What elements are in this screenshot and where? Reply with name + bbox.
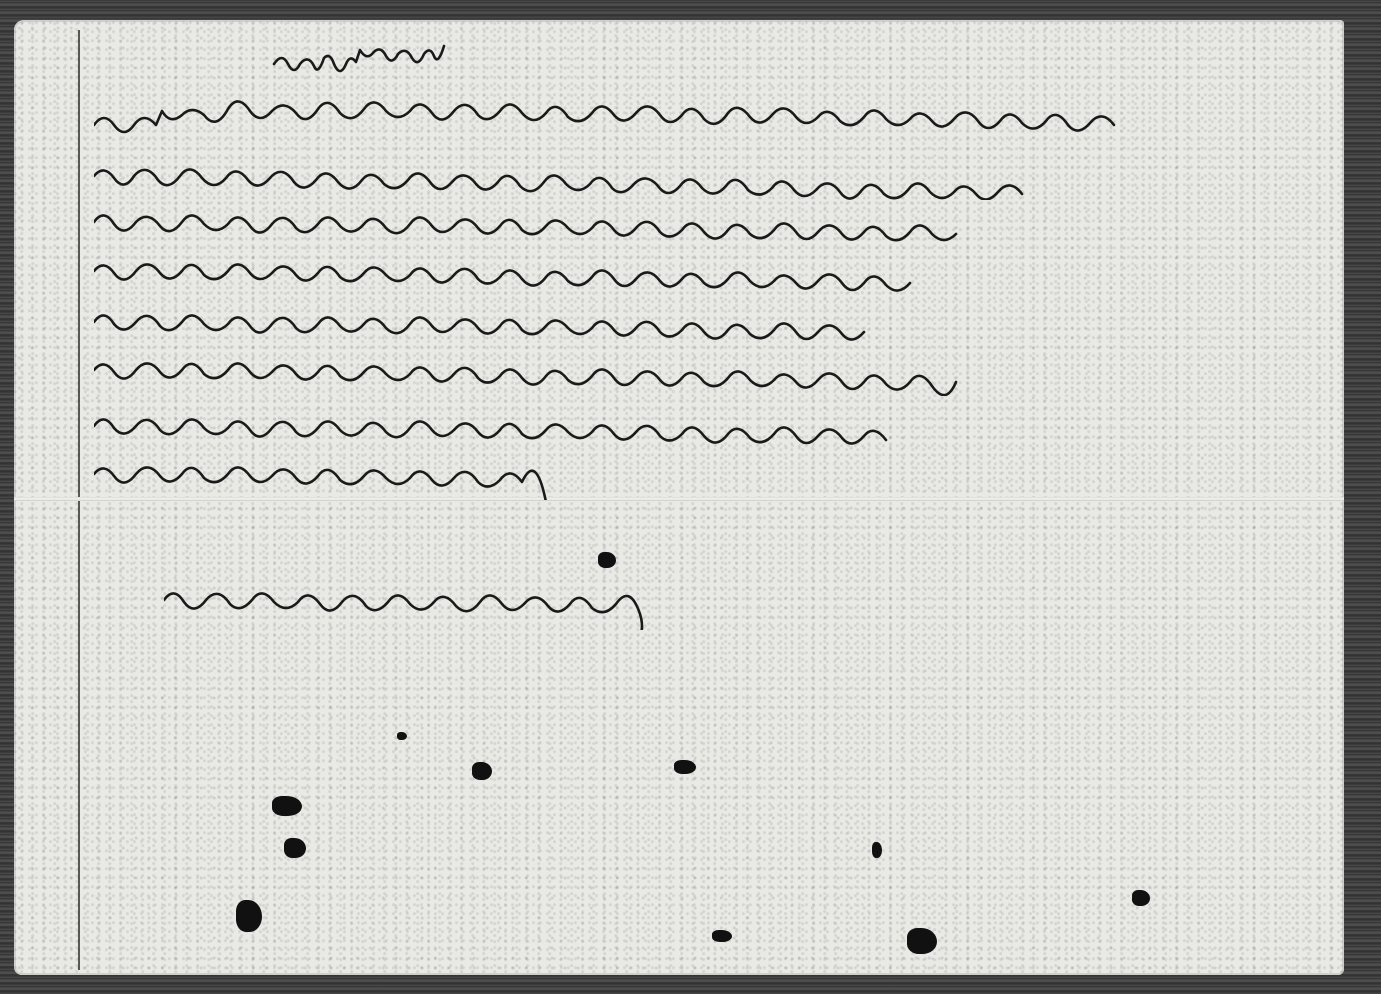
ink-blot: [472, 762, 492, 780]
body-line-2: [handwritten line 2]: [94, 150, 1324, 196]
body-line-1: [handwritten line 1]: [94, 100, 1344, 146]
ink-blot: [397, 732, 407, 740]
body-line-4: [handwritten line 4]: [94, 246, 1339, 292]
body-line-8: [handwritten line 8]: [94, 450, 634, 496]
ink-blot: [272, 796, 302, 816]
body-line-3: [handwritten line 3]: [94, 198, 1334, 244]
body-line-5: [handwritten line 5]: [94, 296, 1224, 342]
body-line-7: [handwritten line 7]: [94, 400, 1254, 446]
ink-blot: [872, 842, 882, 858]
ink-blot: [598, 552, 616, 568]
ink-blot: [712, 930, 732, 942]
ink-blot: [236, 900, 262, 932]
signature: [handwritten signature line]: [164, 570, 724, 630]
document-heading: [handwritten heading, 1 short line, cent…: [269, 42, 569, 82]
manuscript-page: [handwritten heading, 1 short line, cent…: [14, 20, 1344, 975]
ink-blot: [284, 838, 306, 858]
ink-blot: [1132, 890, 1150, 906]
ink-blot: [907, 928, 937, 954]
body-line-6: [handwritten line 6]: [94, 346, 1344, 392]
ink-blot: [674, 760, 696, 774]
